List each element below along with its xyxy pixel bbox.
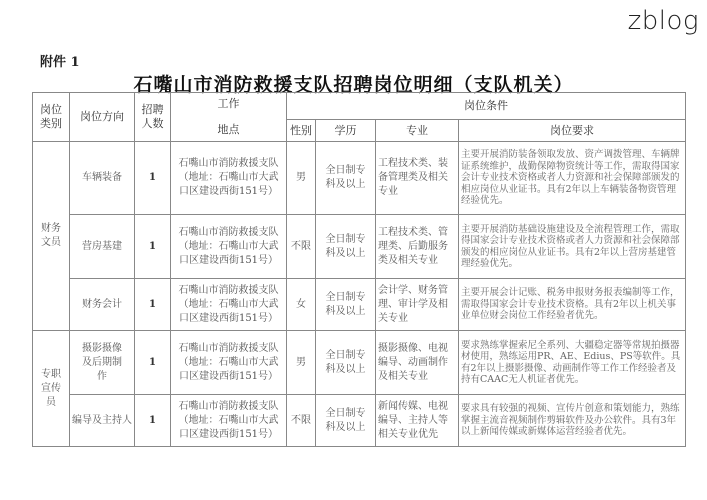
category-cell: 财务文员	[33, 142, 70, 331]
requirements-cell: 要求具有较强的视频、宣传片创意和策划能力，熟练掌握主流音视频制作剪辑软件及办公软…	[459, 395, 686, 447]
gender-cell: 不限	[287, 215, 316, 279]
watermark: zblog	[628, 6, 699, 36]
education-cell: 全日制专科及以上	[316, 279, 376, 331]
gender-cell: 男	[287, 331, 316, 395]
count-cell: 1	[135, 142, 171, 215]
education-cell: 全日制专科及以上	[316, 331, 376, 395]
table-row: 财务文员 车辆装备 1 石嘴山市消防救援支队（地址：石嘴山市大武口区建设西街15…	[33, 142, 686, 215]
direction-cell: 营房基建	[70, 215, 135, 279]
location-cell: 石嘴山市消防救援支队（地址：石嘴山市大武口区建设西街151号）	[171, 215, 287, 279]
table-row: 营房基建 1 石嘴山市消防救援支队（地址：石嘴山市大武口区建设西街151号） 不…	[33, 215, 686, 279]
requirements-cell: 主要开展会计记账、税务申报财务报表编制等工作，需取得国家会计专业技术资格。具有2…	[459, 279, 686, 331]
location-cell: 石嘴山市消防救援支队（地址：石嘴山市大武口区建设西街151号）	[171, 331, 287, 395]
major-cell: 新闻传媒、电视编导、主持人等相关专业优先	[376, 395, 459, 447]
gender-cell: 女	[287, 279, 316, 331]
education-cell: 全日制专科及以上	[316, 215, 376, 279]
requirements-cell: 主要开展消防装备领取发放、资产调拨管理、车辆牌证系统维护，战勤保障物资统计等工作…	[459, 142, 686, 215]
count-cell: 1	[135, 331, 171, 395]
requirements-cell: 主要开展消防基础设施建设及全流程管理工作，需取得国家会计专业技术资格或者人力资源…	[459, 215, 686, 279]
location-cell: 石嘴山市消防救援支队（地址：石嘴山市大武口区建设西街151号）	[171, 142, 287, 215]
header-conditions: 岗位条件	[287, 93, 686, 120]
direction-cell: 车辆装备	[70, 142, 135, 215]
major-cell: 会计学、财务管理、审计学及相关专业	[376, 279, 459, 331]
education-cell: 全日制专科及以上	[316, 395, 376, 447]
requirements-cell: 要求熟练掌握索尼全系列、大疆稳定器等常规拍摄器材使用，熟练运用PR、AE、Edi…	[459, 331, 686, 395]
category-cell: 专职宣传员	[33, 331, 70, 447]
positions-table: 岗位类别 岗位方向 招聘人数 工作地点 岗位条件 性别 学历 专业 岗位要求 财…	[32, 92, 686, 447]
direction-cell: 财务会计	[70, 279, 135, 331]
direction-cell: 编导及主持人	[70, 395, 135, 447]
header-gender: 性别	[287, 120, 316, 142]
header-category: 岗位类别	[33, 93, 70, 142]
attachment-label: 附件 1	[40, 51, 80, 70]
location-cell: 石嘴山市消防救援支队（地址：石嘴山市大武口区建设西街151号）	[171, 395, 287, 447]
count-cell: 1	[135, 215, 171, 279]
header-location: 工作地点	[171, 93, 287, 142]
header-direction: 岗位方向	[70, 93, 135, 142]
count-cell: 1	[135, 395, 171, 447]
header-major: 专业	[376, 120, 459, 142]
gender-cell: 不限	[287, 395, 316, 447]
header-requirements: 岗位要求	[459, 120, 686, 142]
header-education: 学历	[316, 120, 376, 142]
major-cell: 工程技术类、管理类、后勤服务类及相关专业	[376, 215, 459, 279]
major-cell: 摄影摄像、电视编导、动画制作及相关专业	[376, 331, 459, 395]
count-cell: 1	[135, 279, 171, 331]
table-row: 专职宣传员 摄影摄像及后期制作 1 石嘴山市消防救援支队（地址：石嘴山市大武口区…	[33, 331, 686, 395]
major-cell: 工程技术类、装备管理类及相关专业	[376, 142, 459, 215]
gender-cell: 男	[287, 142, 316, 215]
location-cell: 石嘴山市消防救援支队（地址：石嘴山市大武口区建设西街151号）	[171, 279, 287, 331]
table-row: 财务会计 1 石嘴山市消防救援支队（地址：石嘴山市大武口区建设西街151号） 女…	[33, 279, 686, 331]
table-row: 编导及主持人 1 石嘴山市消防救援支队（地址：石嘴山市大武口区建设西街151号）…	[33, 395, 686, 447]
header-count: 招聘人数	[135, 93, 171, 142]
direction-cell: 摄影摄像及后期制作	[70, 331, 135, 395]
education-cell: 全日制专科及以上	[316, 142, 376, 215]
